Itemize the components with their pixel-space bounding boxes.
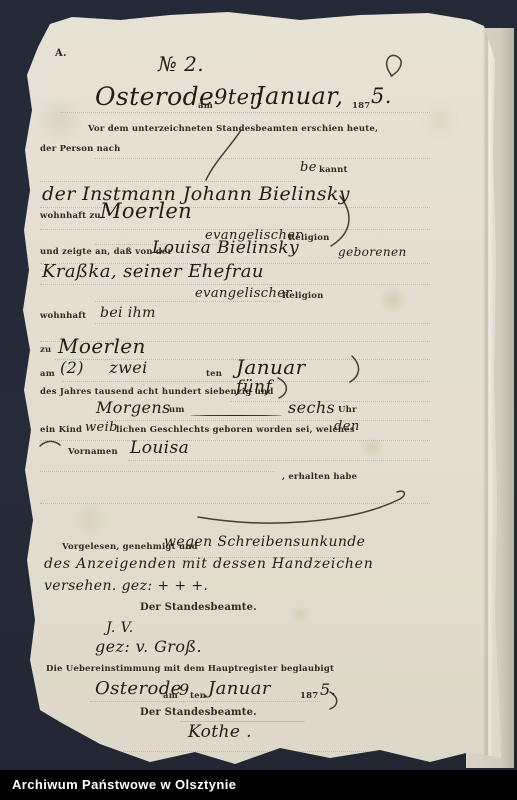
zu-label: zu xyxy=(40,345,51,355)
religion-label-2: Religion xyxy=(282,291,324,301)
erhalten-swash-flourish xyxy=(198,491,404,523)
paper-crease xyxy=(483,26,493,760)
signature-initials: J. V. xyxy=(106,620,134,636)
birth-year-word: fünf xyxy=(236,377,272,397)
time-of-day-hand: Morgens xyxy=(96,398,171,417)
header-am-printed: am xyxy=(198,101,213,111)
vornamen-label: Vornamen xyxy=(68,447,118,457)
ten-label: ten xyxy=(206,369,222,379)
child-printed-a: ein Kind xyxy=(40,425,82,435)
record-number: № 2. xyxy=(158,52,204,76)
geborenen-hand: geborenen xyxy=(338,245,407,259)
footer-am-printed: am xyxy=(163,691,178,701)
wohnhaft-label: wohnhaft xyxy=(40,311,86,321)
bekannt-hand-part: be xyxy=(300,160,317,175)
archive-bar-label: Archiwum Państwowe w Olsztynie xyxy=(12,777,236,792)
header-year-printed: 187 xyxy=(352,101,370,111)
den-hand: den xyxy=(334,419,360,434)
ruled-line xyxy=(95,322,430,324)
header-month: Januar, xyxy=(255,82,343,110)
child-printed-b: lichen Geschlechts geboren worden sei, w… xyxy=(116,425,355,435)
ruled-line xyxy=(40,470,275,472)
closing-hand-2: des Anzeigenden mit dessen Handzeichen xyxy=(44,556,374,572)
ruled-line xyxy=(40,180,295,182)
mother-name: Louisa Bielinsky xyxy=(152,238,299,258)
ruled-line xyxy=(40,439,430,441)
registrar-title-1: Der Standesbeamte. xyxy=(140,602,257,613)
birth-month-hand: Januar xyxy=(236,355,306,379)
mother-residence-hand: bei ihm xyxy=(100,305,156,321)
ruled-line xyxy=(40,283,430,285)
am-label: am xyxy=(40,369,55,379)
birth-hour-word: sechs xyxy=(288,398,335,417)
registrar-signature-1: gez: v. Groß. xyxy=(95,637,202,656)
bekannt-printed-part: kannt xyxy=(319,165,348,175)
header-city: Osterode xyxy=(95,82,214,111)
uhr-label: Uhr xyxy=(338,405,357,415)
birth-day-hand: (2) zwei xyxy=(60,358,148,377)
registrar-title-2: Der Standesbeamte. xyxy=(140,707,257,718)
mother-religion-hand: evangelischer xyxy=(195,286,292,301)
child-name: Louisa xyxy=(130,438,189,458)
header-year-hand: 5. xyxy=(371,84,392,108)
ruled-line xyxy=(60,111,430,113)
person-nach-flourish xyxy=(206,130,241,180)
footer-day: 9 xyxy=(179,680,190,699)
closing-hand-3: versehen. gez: + + +. xyxy=(44,578,208,594)
archive-bar: Archiwum Państwowe w Olsztynie xyxy=(0,770,517,800)
footer-year-printed: 187 xyxy=(300,691,318,701)
ruled-line xyxy=(100,750,370,752)
declarant-residence: Moerlen xyxy=(100,199,192,223)
registrar-signature-2: Kothe . xyxy=(188,722,252,742)
closing-hand-1: wegen Schreibensunkunde xyxy=(164,534,365,550)
mother-birthname: Kraßka, seiner Ehefrau xyxy=(42,261,264,282)
birth-place: Moerlen xyxy=(58,334,146,358)
registry-form-page: 3 A. № 2. Osterode am 9ten Januar, 187 5… xyxy=(0,0,517,800)
pencil-page-number: 3 xyxy=(28,17,47,47)
ruled-line xyxy=(95,157,430,159)
footer-ten-printed: ten xyxy=(190,691,206,701)
ruled-line xyxy=(40,206,430,208)
ruled-line xyxy=(128,459,430,461)
header-flourish xyxy=(387,55,401,76)
ruled-line xyxy=(95,419,430,421)
um-label: um xyxy=(169,405,185,415)
wohnhaft-zu-label: wohnhaft zu xyxy=(40,211,101,221)
erhalten-habe-label: , erhalten habe xyxy=(282,472,357,482)
ink-dash xyxy=(190,414,282,416)
person-nach-label: der Person nach xyxy=(40,144,120,154)
photographed-document: 3 A. № 2. Osterode am 9ten Januar, 187 5… xyxy=(0,0,517,800)
footer-month: Januar xyxy=(208,678,271,699)
form-letter: A. xyxy=(55,48,67,59)
ruled-line xyxy=(40,502,430,504)
declarant-name: der Instmann Johann Bielinsky xyxy=(42,183,350,205)
vornamen-flourish xyxy=(40,441,60,446)
child-gender-hand: weib xyxy=(85,420,118,435)
certification-line: Die Uebereinstimmung mit dem Hauptregist… xyxy=(46,664,334,674)
footer-year-hand: 5. xyxy=(320,680,336,699)
intro-line: Vor dem unterzeichneten Standesbeamten e… xyxy=(88,124,378,134)
